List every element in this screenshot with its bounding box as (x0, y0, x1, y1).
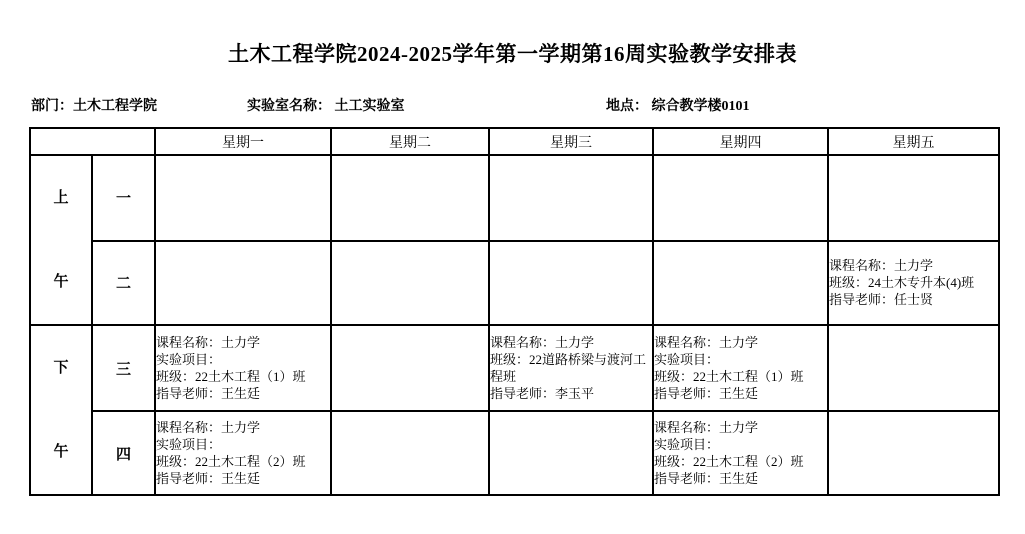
schedule-table: 星期一 星期二 星期三 星期四 星期五 上 午 一 二 (29, 127, 1000, 496)
cell-monday-period1 (155, 155, 331, 241)
cell-thursday-period1 (653, 155, 828, 241)
day-header-thursday: 星期四 (653, 128, 828, 155)
day-header-friday: 星期五 (828, 128, 999, 155)
cell-wednesday-period1 (489, 155, 653, 241)
corner-cell (30, 128, 155, 155)
session-afternoon-label: 下 午 (30, 325, 92, 495)
cell-wednesday-period4 (489, 411, 653, 495)
cell-monday-period2 (155, 241, 331, 326)
session-morning-label: 上 午 (30, 155, 92, 325)
table-header-row: 星期一 星期二 星期三 星期四 星期五 (30, 128, 999, 155)
day-header-wednesday: 星期三 (489, 128, 653, 155)
location-info: 地点： 综合教学楼0101 (606, 95, 750, 115)
period-3-label: 三 (92, 325, 155, 411)
cell-monday-period4: 课程名称：土力学 实验项目： 班级：22土木工程（2）班 指导老师：王生廷 (155, 411, 331, 495)
page-title: 土木工程学院2024-2025学年第一学期第16周实验教学安排表 (0, 38, 1025, 68)
period-2-label: 二 (92, 241, 155, 326)
lab-name-info: 实验室名称： 土工实验室 (247, 95, 405, 115)
day-header-monday: 星期一 (155, 128, 331, 155)
cell-thursday-period2 (653, 241, 828, 326)
day-header-tuesday: 星期二 (331, 128, 489, 155)
cell-monday-period3: 课程名称：土力学 实验项目： 班级：22土木工程（1）班 指导老师：王生廷 (155, 325, 331, 411)
cell-friday-period2: 课程名称：土力学 班级：24土木专升本(4)班 指导老师：任士贤 (828, 241, 999, 326)
cell-thursday-period3: 课程名称：土力学 实验项目： 班级：22土木工程（1）班 指导老师：王生廷 (653, 325, 828, 411)
period-4-label: 四 (92, 411, 155, 495)
cell-tuesday-period2 (331, 241, 489, 326)
document-page: 土木工程学院2024-2025学年第一学期第16周实验教学安排表 部门：土木工程… (0, 0, 1025, 534)
cell-friday-period1 (828, 155, 999, 241)
table-row-period1: 上 午 一 (30, 155, 999, 241)
period-1-label: 一 (92, 155, 155, 241)
table-row-period2: 二 课程名称：土力学 班级：24土木专升本(4)班 指导老师：任士贤 (30, 241, 999, 326)
cell-tuesday-period1 (331, 155, 489, 241)
cell-wednesday-period2 (489, 241, 653, 326)
cell-wednesday-period3: 课程名称：土力学 班级：22道路桥梁与渡河工程班 指导老师：李玉平 (489, 325, 653, 411)
cell-tuesday-period4 (331, 411, 489, 495)
cell-friday-period4 (828, 411, 999, 495)
cell-thursday-period4: 课程名称：土力学 实验项目： 班级：22土木工程（2）班 指导老师：王生廷 (653, 411, 828, 495)
table-row-period4: 四 课程名称：土力学 实验项目： 班级：22土木工程（2）班 指导老师：王生廷 … (30, 411, 999, 495)
cell-tuesday-period3 (331, 325, 489, 411)
department-info: 部门：土木工程学院 (31, 95, 157, 115)
table-row-period3: 下 午 三 课程名称：土力学 实验项目： 班级：22土木工程（1）班 指导老师：… (30, 325, 999, 411)
cell-friday-period3 (828, 325, 999, 411)
